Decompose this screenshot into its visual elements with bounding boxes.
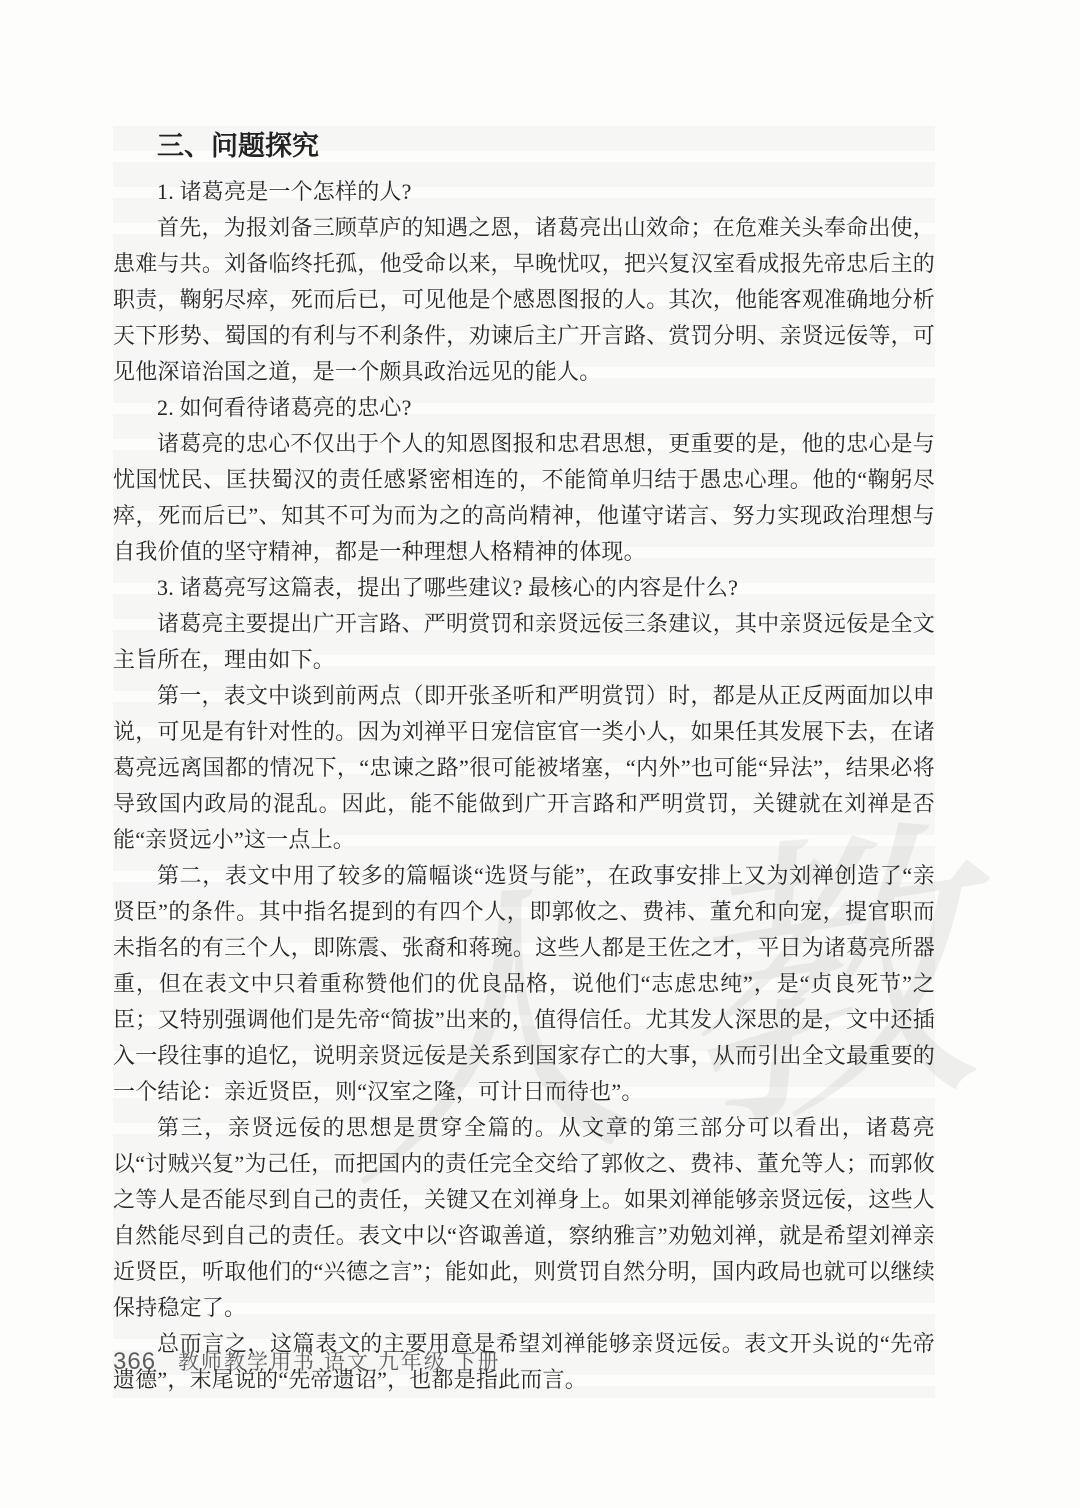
page-footer: 366 教师教学用书 语文 九年级 下册 <box>113 1346 501 1376</box>
page-number: 366 <box>113 1348 156 1376</box>
answer-3-point-1-paragraph: 第一，表文中谈到前两点（即开张圣听和严明赏罚）时，都是从正反两面加以申说，可见是… <box>113 678 935 858</box>
question-3: 3. 诸葛亮写这篇表，提出了哪些建议? 最核心的内容是什么? <box>113 570 935 606</box>
question-1: 1. 诸葛亮是一个怎样的人? <box>113 174 935 210</box>
answer-3-point-3-paragraph: 第三，亲贤远佞的思想是贯穿全篇的。从文章的第三部分可以看出，诸葛亮以“讨贼兴复”… <box>113 1110 935 1326</box>
answer-1-paragraph: 首先，为报刘备三顾草庐的知遇之恩，诸葛亮出山效命；在危难关头奉命出使，患难与共。… <box>113 210 935 390</box>
answer-3-intro-paragraph: 诸葛亮主要提出广开言路、严明赏罚和亲贤远佞三条建议，其中亲贤远佞是全文主旨所在，… <box>113 606 935 678</box>
page-content: 三、问题探究 1. 诸葛亮是一个怎样的人? 首先，为报刘备三顾草庐的知遇之恩，诸… <box>113 126 935 1398</box>
book-title: 教师教学用书 语文 九年级 下册 <box>178 1346 501 1376</box>
section-heading: 三、问题探究 <box>113 126 935 166</box>
document-page: 人教 三、问题探究 1. 诸葛亮是一个怎样的人? 首先，为报刘备三顾草庐的知遇之… <box>0 0 1080 1508</box>
answer-2-paragraph: 诸葛亮的忠心不仅出于个人的知恩图报和忠君思想，更重要的是，他的忠心是与忧国忧民、… <box>113 426 935 570</box>
question-2: 2. 如何看待诸葛亮的忠心? <box>113 390 935 426</box>
answer-3-point-2-paragraph: 第二，表文中用了较多的篇幅谈“选贤与能”，在政事安排上又为刘禅创造了“亲贤臣”的… <box>113 858 935 1110</box>
